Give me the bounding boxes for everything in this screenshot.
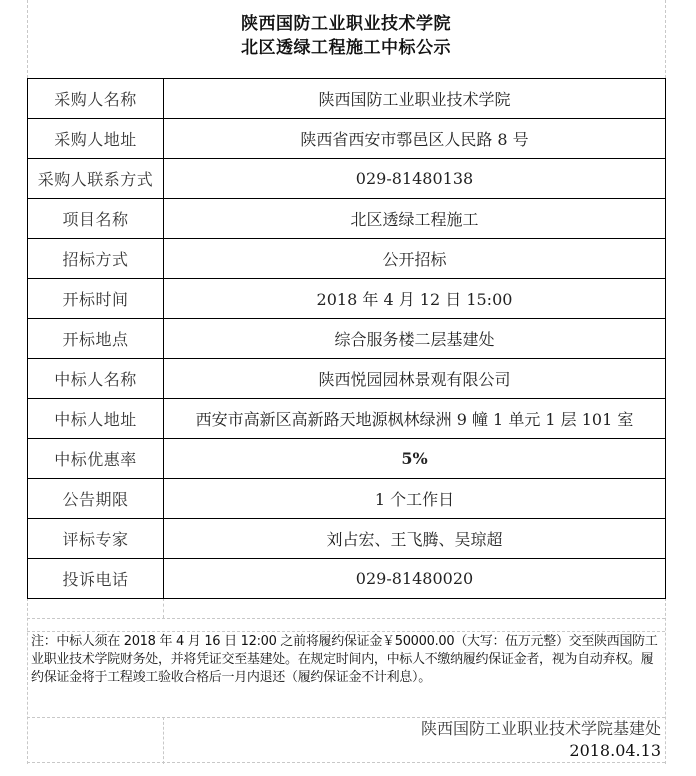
row-label: 中标优惠率 <box>28 439 164 479</box>
grid-line <box>27 631 665 632</box>
title-line-1: 陕西国防工业职业技术学院 <box>27 0 665 36</box>
document-title: 陕西国防工业职业技术学院 北区透绿工程施工中标公示 <box>27 0 665 78</box>
row-value: 1 个工作日 <box>164 479 666 519</box>
grid-line <box>163 598 164 618</box>
row-label: 采购人地址 <box>28 119 164 159</box>
row-value: 陕西国防工业职业技术学院 <box>164 79 666 119</box>
signature-org: 陕西国防工业职业技术学院基建处 <box>421 718 661 740</box>
row-value: 029-81480020 <box>164 559 666 599</box>
grid-line <box>665 598 666 764</box>
row-label: 投诉电话 <box>28 559 164 599</box>
grid-line <box>27 762 665 763</box>
signature-date: 2018.04.13 <box>421 740 661 762</box>
signature-block: 陕西国防工业职业技术学院基建处 2018.04.13 <box>421 718 661 762</box>
table-row: 开标时间 2018 年 4 月 12 日 15:00 <box>28 279 666 319</box>
row-label: 招标方式 <box>28 239 164 279</box>
table-row: 中标优惠率 5% <box>28 439 666 479</box>
row-label: 中标人名称 <box>28 359 164 399</box>
table-row: 招标方式 公开招标 <box>28 239 666 279</box>
grid-line <box>27 618 665 619</box>
table-row: 中标人地址 西安市高新区高新路天地源枫林绿洲 9 幢 1 单元 1 层 101 … <box>28 399 666 439</box>
grid-line <box>665 0 666 78</box>
bid-info-table: 采购人名称 陕西国防工业职业技术学院 采购人地址 陕西省西安市鄠邑区人民路 8 … <box>27 78 666 599</box>
row-label: 中标人地址 <box>28 399 164 439</box>
title-line-2: 北区透绿工程施工中标公示 <box>27 36 665 60</box>
row-value: 陕西省西安市鄠邑区人民路 8 号 <box>164 119 666 159</box>
table-row: 项目名称 北区透绿工程施工 <box>28 199 666 239</box>
grid-line <box>163 717 164 764</box>
row-value: 陕西悦园园林景观有限公司 <box>164 359 666 399</box>
table-row: 采购人地址 陕西省西安市鄠邑区人民路 8 号 <box>28 119 666 159</box>
notice-note: 注：中标人须在 2018 年 4 月 16 日 12:00 之前将履约保证金￥5… <box>31 633 663 687</box>
row-value: 西安市高新区高新路天地源枫林绿洲 9 幢 1 单元 1 层 101 室 <box>164 399 666 439</box>
row-label: 开标时间 <box>28 279 164 319</box>
row-value: 刘占宏、王飞腾、吴琼超 <box>164 519 666 559</box>
table-row: 评标专家 刘占宏、王飞腾、吴琼超 <box>28 519 666 559</box>
table-row: 投诉电话 029-81480020 <box>28 559 666 599</box>
row-value: 5% <box>164 439 666 479</box>
row-value: 029-81480138 <box>164 159 666 199</box>
row-value: 公开招标 <box>164 239 666 279</box>
table-row: 公告期限 1 个工作日 <box>28 479 666 519</box>
row-label: 评标专家 <box>28 519 164 559</box>
row-label: 采购人联系方式 <box>28 159 164 199</box>
table-row: 开标地点 综合服务楼二层基建处 <box>28 319 666 359</box>
table-row: 中标人名称 陕西悦园园林景观有限公司 <box>28 359 666 399</box>
table-row: 采购人联系方式 029-81480138 <box>28 159 666 199</box>
row-label: 采购人名称 <box>28 79 164 119</box>
row-value: 北区透绿工程施工 <box>164 199 666 239</box>
row-value: 2018 年 4 月 12 日 15:00 <box>164 279 666 319</box>
table-row: 采购人名称 陕西国防工业职业技术学院 <box>28 79 666 119</box>
row-label: 公告期限 <box>28 479 164 519</box>
row-label: 开标地点 <box>28 319 164 359</box>
grid-line <box>27 598 28 764</box>
row-value: 综合服务楼二层基建处 <box>164 319 666 359</box>
row-label: 项目名称 <box>28 199 164 239</box>
